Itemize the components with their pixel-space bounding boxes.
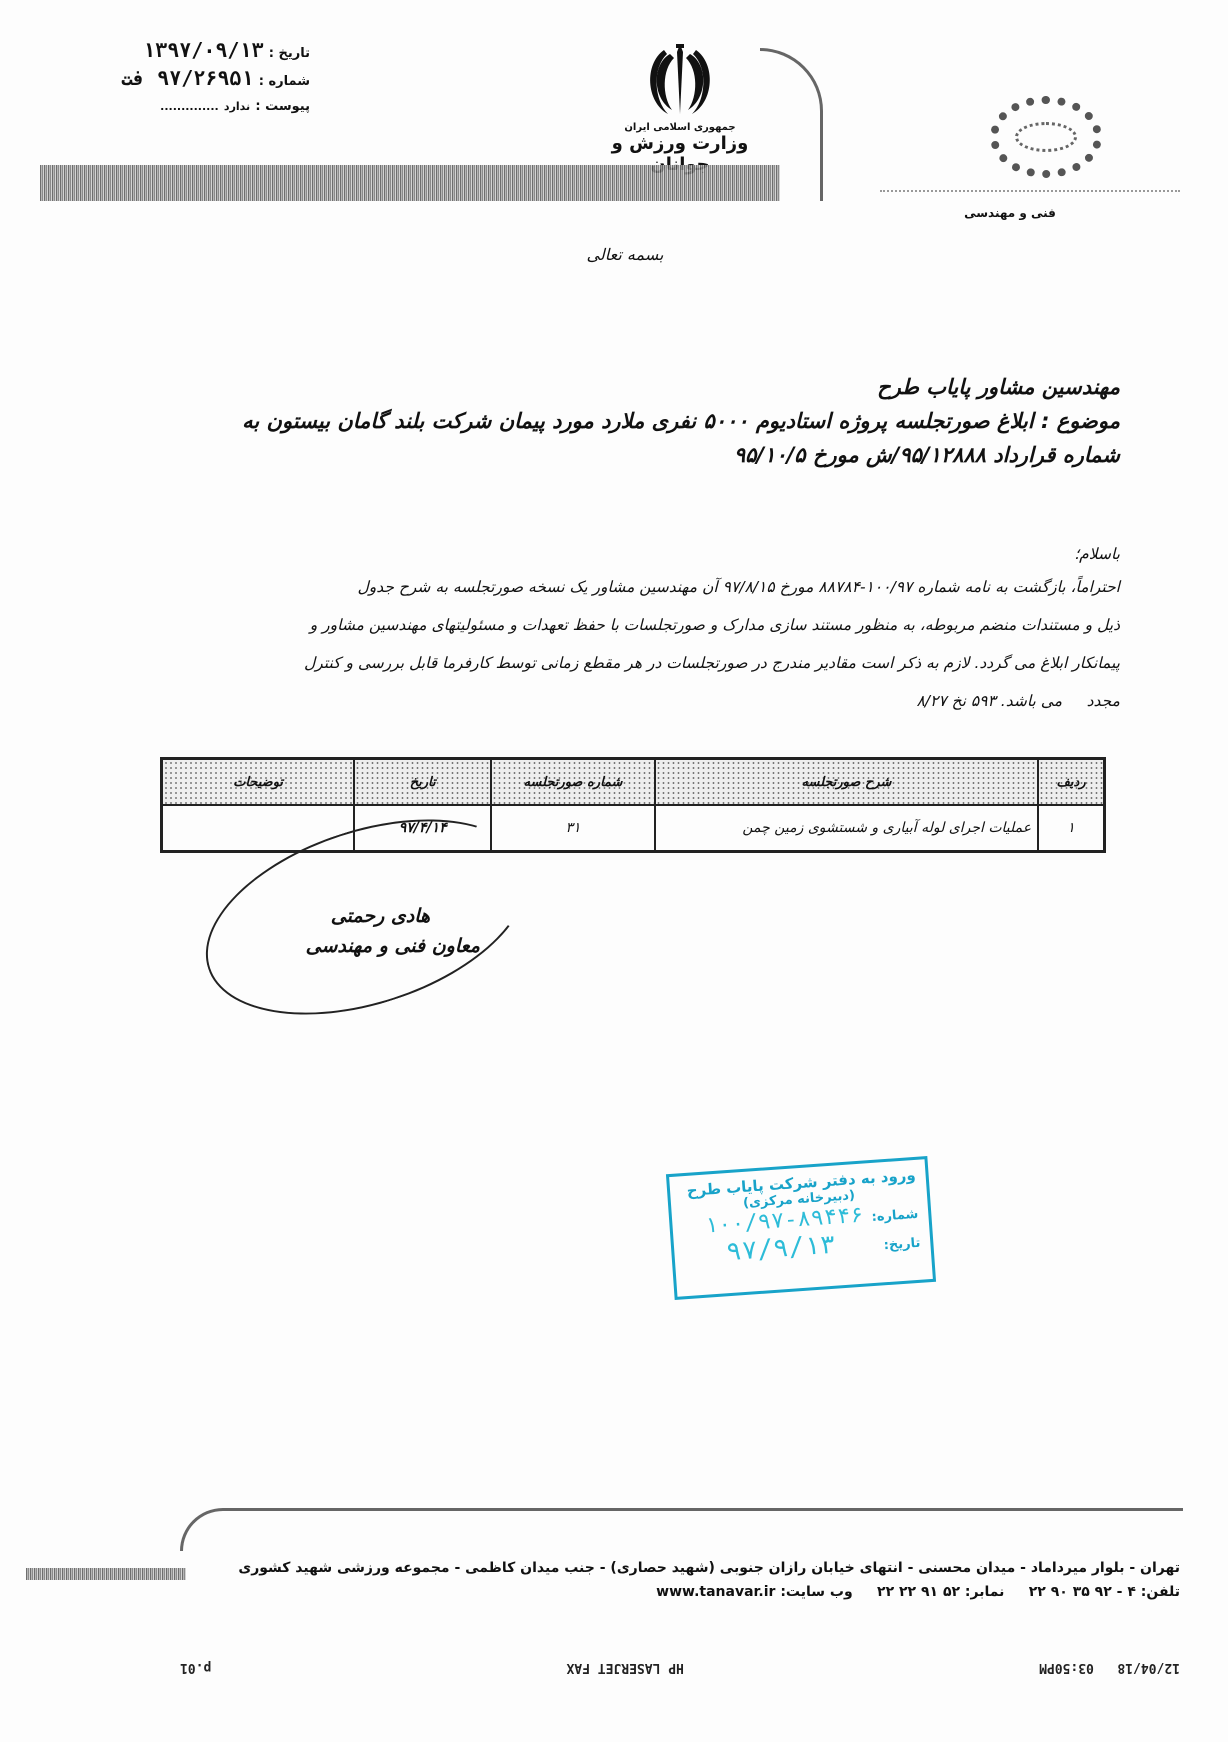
col-notes: توضیحات xyxy=(162,759,355,806)
subject-line-2: شماره قرارداد ۹۵/۱۲۸۸۸/ش مورخ ۹۵/۱۰/۵ xyxy=(160,438,1120,472)
body-line-1: احتراماً، بازگشت به نامه شماره ۱۰۰/۹۷-۸۸… xyxy=(160,568,1120,606)
bismillah: بسمه تعالی xyxy=(580,245,670,264)
col-minutes-number: شماره صورتجلسه xyxy=(491,759,655,806)
header-band-curve xyxy=(760,48,823,201)
table-header-row: ردیف شرح صورتجلسه شماره صورتجلسه تاریخ ت… xyxy=(162,759,1105,806)
attachment-row: پیوست : ندارد .............. xyxy=(60,96,310,114)
letter-body: باسلام؛ احتراماً، بازگشت به نامه شماره ۱… xyxy=(160,540,1120,720)
cell-minutes-number: ۳۱ xyxy=(491,805,655,852)
organization-logo-icon xyxy=(990,96,1102,178)
number-value: ۹۷/۲۶۹۵۱ فت xyxy=(121,66,253,90)
attachment-value: ندارد xyxy=(224,100,250,113)
country-name: جمهوری اسلامی ایران xyxy=(580,122,780,133)
footer-address: تهران - بلوار میرداماد - میدان محسنی - ا… xyxy=(200,1560,1180,1576)
number-label: شماره : xyxy=(259,74,310,89)
col-description: شرح صورتجلسه xyxy=(655,759,1038,806)
fax-datetime: 12/04/18 03:50PM xyxy=(1039,1660,1180,1675)
signature-block: هادی رحمتی معاون فنی و مهندسی xyxy=(240,905,480,957)
greeting: باسلام؛ xyxy=(160,540,1120,568)
signatory-title: معاون فنی و مهندسی xyxy=(240,935,480,957)
footer-band xyxy=(26,1568,186,1580)
stamp-date-label: تاریخ: xyxy=(883,1236,921,1254)
footer-contact: تلفن: ۴ - ۹۲ ۳۵ ۹۰ ۲۲ نمابر: ۵۲ ۹۱ ۲۲ ۲۲… xyxy=(200,1584,1180,1600)
attachment-label: پیوست : xyxy=(255,99,310,114)
footer-curve xyxy=(180,1508,1183,1551)
cell-row-number: ۱ xyxy=(1038,805,1104,852)
date-label: تاریخ : xyxy=(269,46,310,61)
minutes-table: ردیف شرح صورتجلسه شماره صورتجلسه تاریخ ت… xyxy=(160,757,1106,853)
minutes-table-wrap: ردیف شرح صورتجلسه شماره صورتجلسه تاریخ ت… xyxy=(160,757,1106,853)
date-value: ۱۳۹۷/۰۹/۱۳ xyxy=(143,38,263,62)
received-stamp: ورود به دفتر شرکت پایاب طرح (دبیرخانه مر… xyxy=(666,1156,936,1300)
table-row: ۱ عملیات اجرای لوله آبیاری و شستشوی زمین… xyxy=(162,805,1105,852)
body-line-3: پیمانکار ابلاغ می گردد. لازم به ذکر است … xyxy=(160,644,1120,682)
date-row: تاریخ : ۱۳۹۷/۰۹/۱۳ xyxy=(60,38,310,62)
stamp-number-label: شماره: xyxy=(871,1207,919,1225)
col-row-number: ردیف xyxy=(1038,759,1104,806)
letter-heading: مهندسین مشاور پایاب طرح موضوع : ابلاغ صو… xyxy=(160,370,1120,472)
fax-device: HP LASERJET FAX xyxy=(567,1660,684,1675)
recipient: مهندسین مشاور پایاب طرح xyxy=(160,370,1120,404)
body-line-2: ذیل و مستندات منضم مربوطه، به منظور مستن… xyxy=(160,606,1120,644)
body-line-4: مجدد می باشد. ۵۹۳ نخ ۸/۲۷ xyxy=(160,682,1120,720)
department-name: فنی و مهندسی xyxy=(960,206,1060,220)
ministry-header: جمهوری اسلامی ایران وزارت ورزش و جوانان xyxy=(580,40,780,175)
header-band xyxy=(40,165,780,201)
footer-info: تهران - بلوار میرداماد - میدان محسنی - ا… xyxy=(200,1560,1180,1600)
cell-description: عملیات اجرای لوله آبیاری و شستشوی زمین چ… xyxy=(655,805,1038,852)
fax-header: 12/04/18 03:50PM HP LASERJET FAX p.01 xyxy=(180,1660,1180,1675)
subject-line-1: موضوع : ابلاغ صورتجلسه پروژه استادیوم ۵۰… xyxy=(160,404,1120,438)
header-dotted-line xyxy=(880,190,1180,192)
col-date: تاریخ xyxy=(354,759,491,806)
iran-emblem-icon xyxy=(640,40,720,122)
letter-meta: تاریخ : ۱۳۹۷/۰۹/۱۳ شماره : ۹۷/۲۶۹۵۱ فت پ… xyxy=(60,38,310,114)
signatory-name: هادی رحمتی xyxy=(240,905,480,927)
number-row: شماره : ۹۷/۲۶۹۵۱ فت xyxy=(60,66,310,90)
attachment-dots: .............. xyxy=(160,100,219,113)
fax-page: p.01 xyxy=(180,1660,211,1675)
